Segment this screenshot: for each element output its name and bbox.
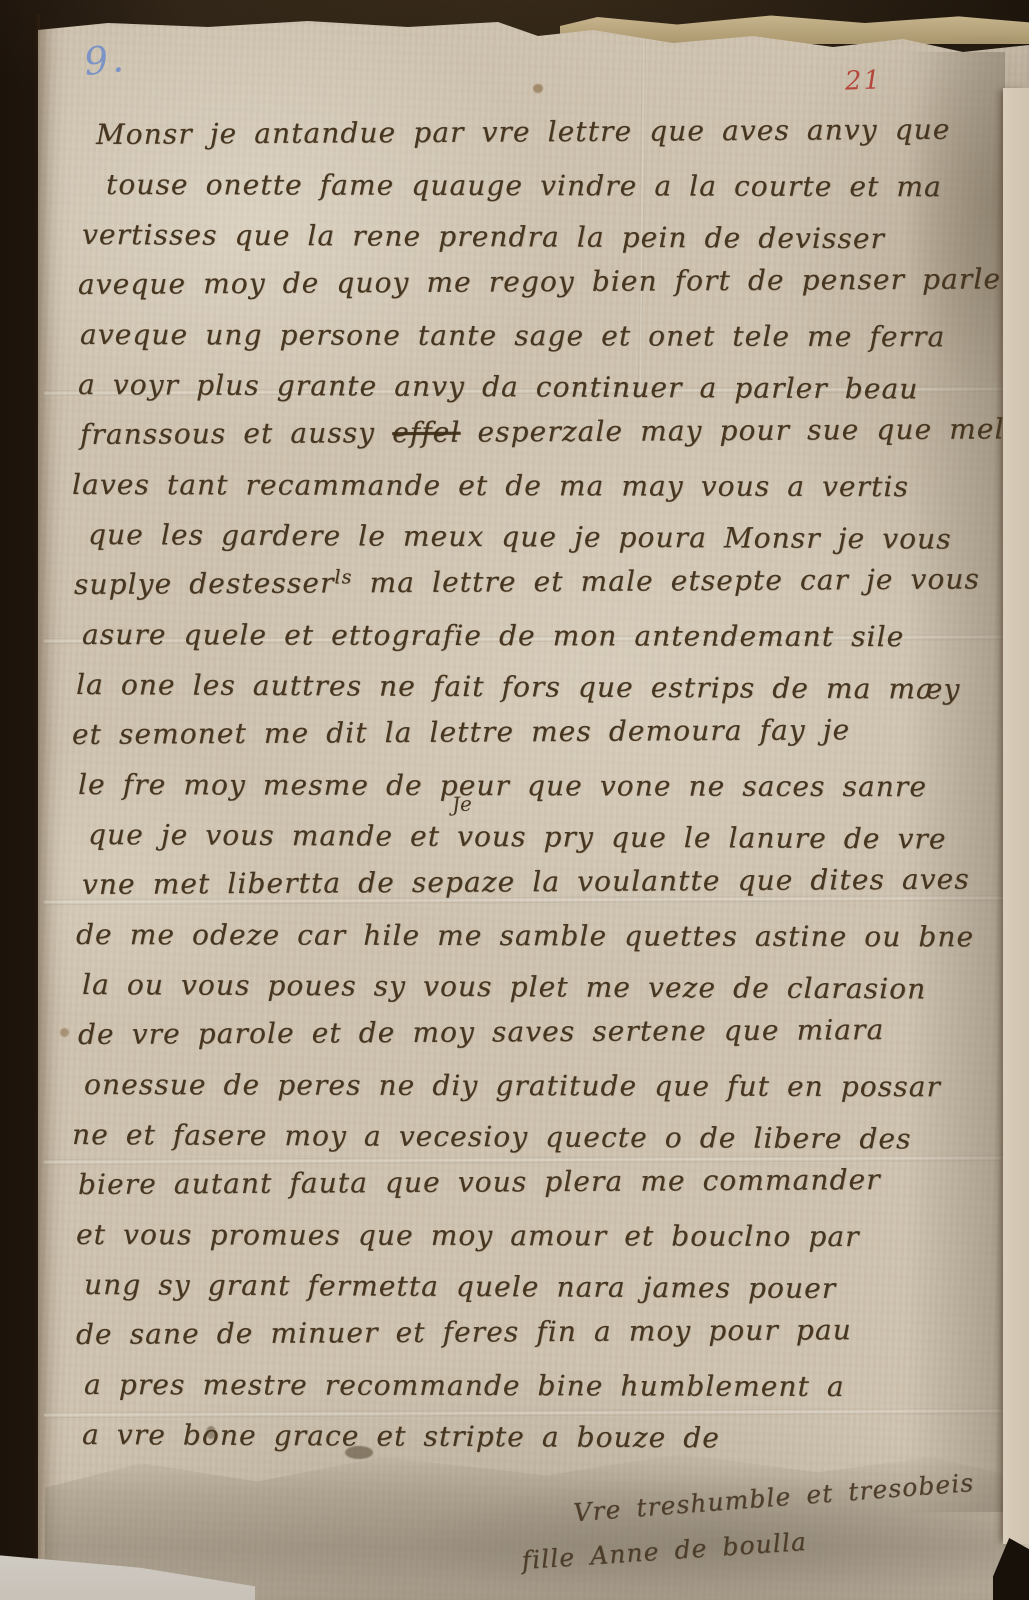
manuscript-photo: 9. 21 Monsr je antandue par vre lettre q…	[0, 0, 1029, 1600]
letter-line-text: ma lettre et male etsepte car je vous	[352, 562, 980, 599]
folio-number-red: 21	[844, 65, 882, 96]
letter-line: et semonet me dit la lettre mes demoura …	[72, 712, 973, 768]
letter-line: le fre moy mesme de peur que vone ne sac…	[78, 768, 973, 820]
underleaf-right-edge	[1003, 88, 1029, 1544]
superscript-letters: ls	[334, 566, 352, 588]
letter-line: aveque ung persone tante sage et onet te…	[80, 318, 973, 370]
letter-line: Monsr je antandue par vre lettre que ave…	[96, 113, 973, 168]
letter-line-text: franssous et aussy	[80, 416, 392, 451]
letter-line: de me odeze car hile me samble quettes a…	[76, 918, 973, 970]
letter-line: onessue de peres ne diy gratitude que fu…	[84, 1068, 973, 1120]
letter-line: a vre bone grace et stripte a bouze de	[82, 1418, 973, 1473]
book-gutter-page-edges	[6, 14, 40, 1600]
letter-line: aveque moy de quoy me regoy bien fort de…	[78, 263, 973, 318]
letter-line: franssous et aussy effel esperzale may p…	[80, 413, 973, 468]
letter-line-text: suplye destesser	[74, 566, 335, 601]
ink-spot	[533, 84, 543, 93]
letter-line: suplye destesserls ma lettre et male ets…	[74, 563, 973, 618]
interlinear-insertion: Je	[451, 791, 472, 816]
letter-line: asure quele et ettografie de mon antende…	[82, 618, 973, 670]
letter-line: laves tant recammande et de ma may vous …	[72, 468, 973, 520]
letter-line: et vous promues que moy amour et bouclno…	[76, 1218, 973, 1270]
letter-line: de sane de minuer et feres fin a moy pou…	[76, 1313, 973, 1368]
letter-body: Monsr je antandue par vre lettre que ave…	[68, 118, 973, 1468]
letter-line: de vre parole et de moy saves sertene qu…	[78, 1013, 973, 1068]
letter-line: touse onette fame quauge vindre a la cou…	[106, 168, 973, 220]
letter-line: a pres mestre recommande bine humblement…	[84, 1368, 973, 1420]
folio-number-blue: 9.	[82, 36, 129, 84]
letter-line: vne met libertta de sepaze la voulantte …	[82, 863, 973, 918]
letter-line: biere autant fauta que vous plera me com…	[78, 1163, 973, 1218]
letter-line-text: esperzale may pour sue que mel	[460, 412, 1004, 448]
struck-word: effel	[392, 416, 461, 449]
